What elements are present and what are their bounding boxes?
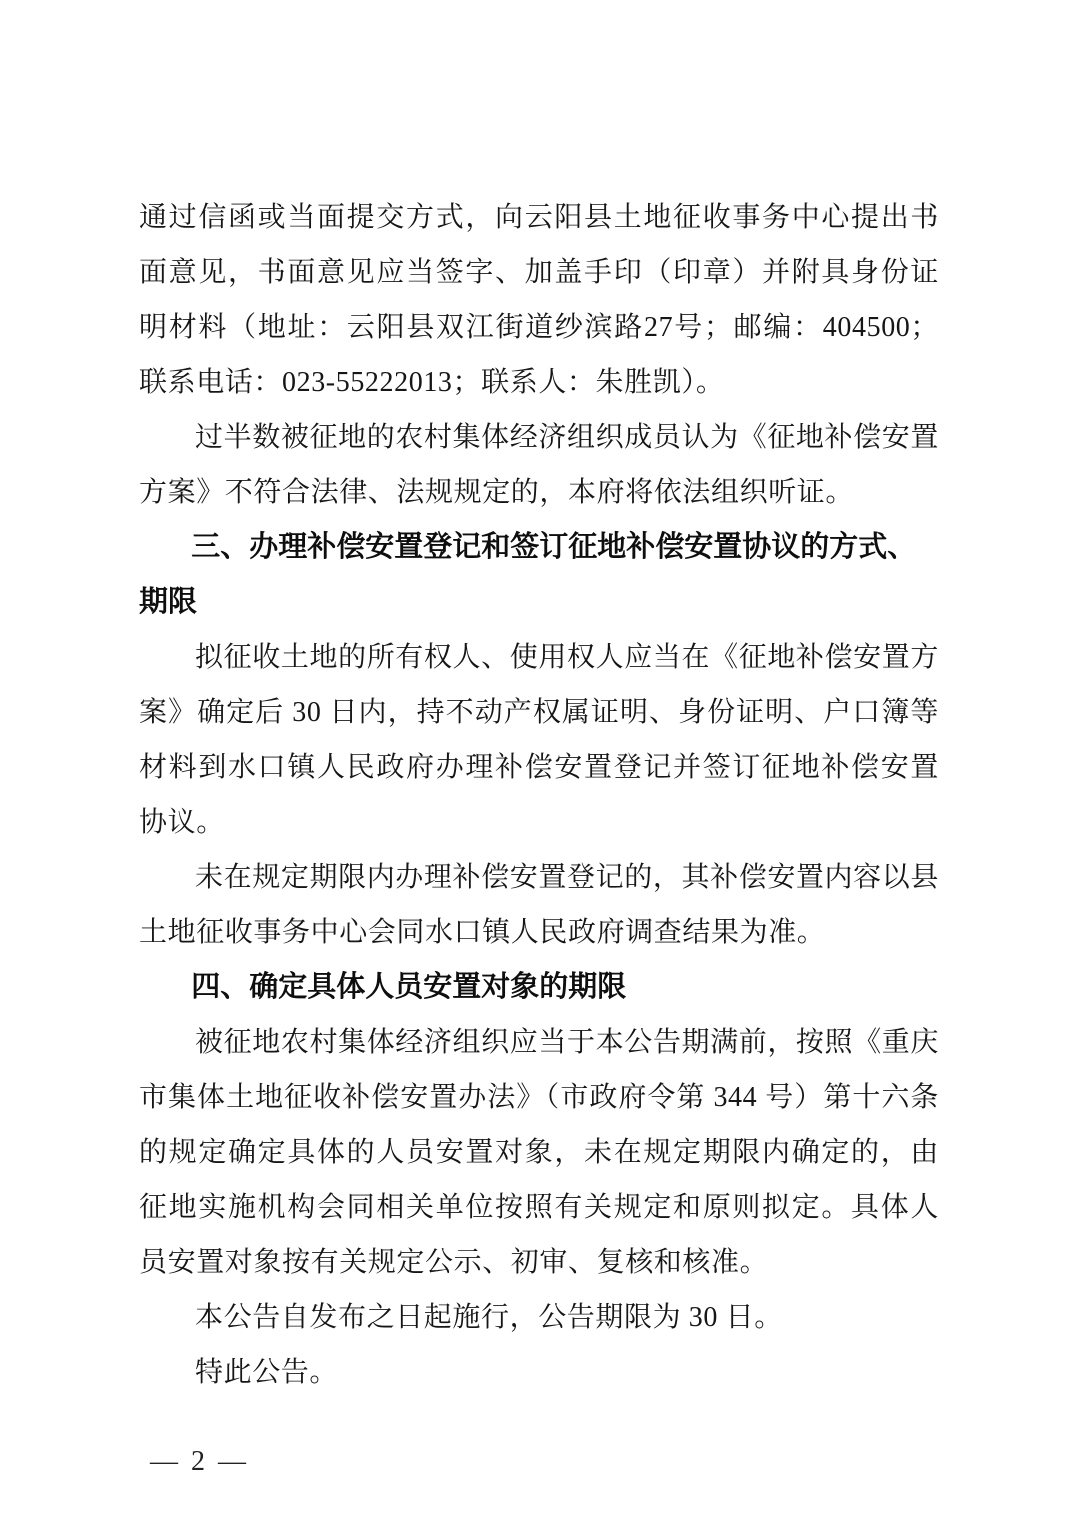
paragraph: 被征地农村集体经济组织应当于本公告期满前，按照《重庆市集体土地征收补偿安置办法》… (139, 1015, 939, 1290)
paragraph: 未在规定期限内办理补偿安置登记的，其补偿安置内容以县土地征收事务中心会同水口镇人… (139, 850, 939, 960)
document-page: 通过信函或当面提交方式，向云阳县土地征收事务中心提出书面意见，书面意见应当签字、… (0, 0, 1074, 1520)
paragraph: 过半数被征地的农村集体经济组织成员认为《征地补偿安置方案》不符合法律、法规规定的… (139, 410, 939, 520)
document-body: 通过信函或当面提交方式，向云阳县土地征收事务中心提出书面意见，书面意见应当签字、… (139, 190, 939, 1400)
paragraph: 特此公告。 (139, 1345, 939, 1400)
section-heading-3: 三、办理补偿安置登记和签订征地补偿安置协议的方式、期限 (139, 520, 939, 630)
paragraph: 本公告自发布之日起施行，公告期限为 30 日。 (139, 1290, 939, 1345)
paragraph: 拟征收土地的所有权人、使用权人应当在《征地补偿安置方案》确定后 30 日内，持不… (139, 630, 939, 850)
paragraph-continuation: 通过信函或当面提交方式，向云阳县土地征收事务中心提出书面意见，书面意见应当签字、… (139, 190, 939, 410)
section-heading-4: 四、确定具体人员安置对象的期限 (139, 960, 939, 1015)
page-number: — 2 — (150, 1442, 249, 1482)
